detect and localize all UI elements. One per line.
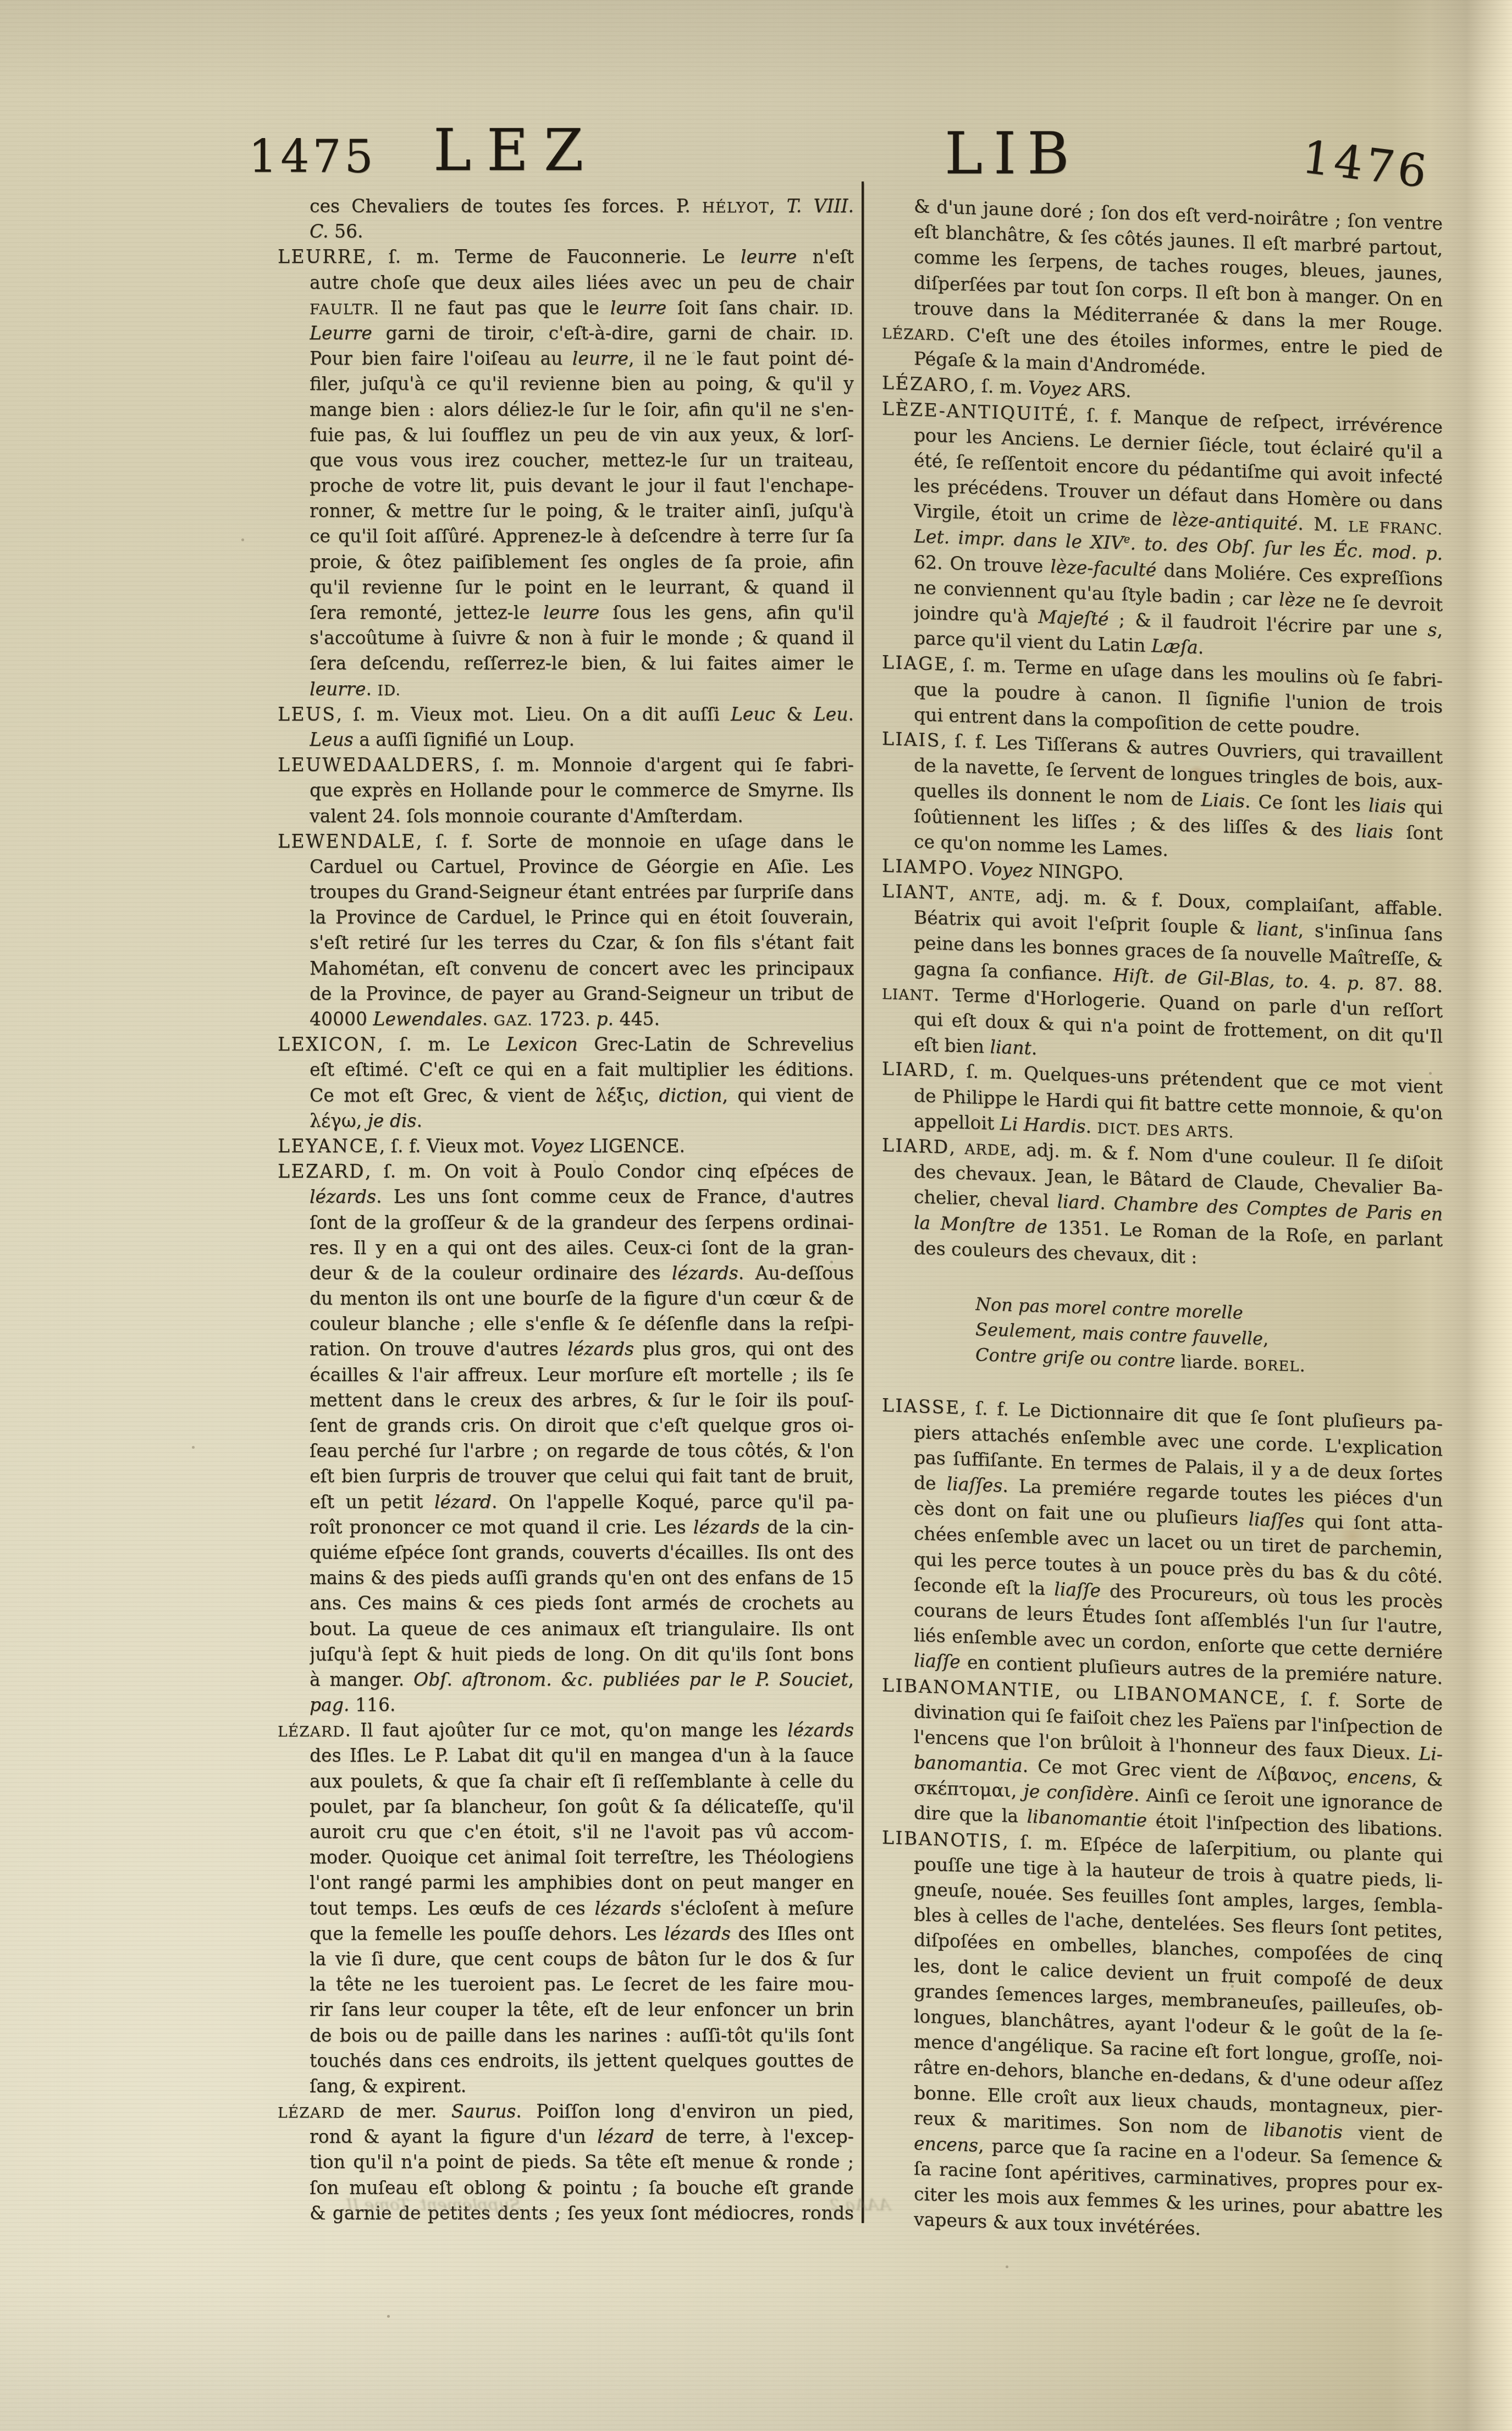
text-line: LEYANCE, ſ. f. Vieux mot. Voyez LIGENCE. — [278, 1134, 854, 1159]
text-line: tout temps. Les œufs de ces lézards s'éc… — [310, 1896, 854, 1921]
text-line: écailles & l'air affreux. Leur morſure e… — [310, 1362, 854, 1388]
text-line: rond & ayant la figure d'un lézard de te… — [310, 2124, 854, 2149]
text-line: ce qu'il ſoit aſſûré. Apprenez-le à deſc… — [310, 524, 854, 549]
bleedthrough-volume-label: Supplément, Tome II. — [341, 2196, 521, 2215]
paper-stain — [1336, 1524, 1369, 1549]
text-line: ſera remonté, jettez-le leurre ſous les … — [310, 600, 854, 625]
left-text-column: ces Chevaliers de toutes ſes forces. P. … — [278, 194, 854, 2226]
page-number-left: 1475 — [249, 131, 377, 183]
text-line: l'ont rangé parmi les amphibies dont on … — [310, 1870, 854, 1895]
text-line: ans. Ces mains & ces pieds ſont armés de… — [310, 1591, 854, 1616]
text-line: roît prononcer ce mot quand il crie. Les… — [310, 1515, 854, 1540]
text-line: rir ſans leur couper la tête, eſt de leu… — [310, 1997, 854, 2022]
text-line: auroit cru que c'en étoit, s'il ne l'avo… — [310, 1819, 854, 1845]
text-line: eſt un petit lézard. On l'appelle Koqué,… — [310, 1489, 854, 1515]
text-line: bout. La queue de ces animaux eſt triang… — [310, 1616, 854, 1642]
text-line: ronner, & mettre ſur le poing, & le trai… — [310, 498, 854, 524]
text-line: Faultr. Il ne faut pas que le leurre ſoi… — [310, 295, 854, 321]
bleedthrough-text: AAAa 2 Supplément, Tome II. — [341, 2196, 891, 2215]
text-line: ſeau perché ſur l'arbre ; on regarde de … — [310, 1438, 854, 1464]
text-line: du menton ils ont une bourſe de la figur… — [310, 1286, 854, 1311]
text-line: Leus a auſſi ſignifié un Loup. — [310, 727, 854, 752]
text-line: LEUS, ſ. m. Vieux mot. Lieu. On a dit au… — [278, 702, 854, 727]
text-line: que exprès en Hollande pour le commerce … — [310, 778, 854, 803]
text-line: troupes du Grand-Seigneur étant entrées … — [310, 879, 854, 905]
text-line: lézards. Les uns ſont comme ceux de Fran… — [310, 1184, 854, 1209]
text-line: LEURRE, ſ. m. Terme de Fauconnerie. Le l… — [278, 244, 854, 269]
running-title-right: LIB — [945, 120, 1080, 187]
page-number-right: 1476 — [1299, 131, 1433, 199]
text-line: Carduel ou Cartuel, Province de Géorgie … — [310, 854, 854, 879]
book-page: 1475 LEZ LIB 1476 ces Chevaliers de tout… — [0, 0, 1512, 2431]
text-line: 40000 Lewendales. Gaz. 1723. p. 445. — [310, 1007, 854, 1032]
text-line: LEUWEDAALDERS, ſ. m. Monnoie d'argent qu… — [278, 752, 854, 778]
text-line: proche de votre lit, puis devant le jour… — [310, 473, 854, 498]
text-line: que vous vous irez coucher, mettez-le ſu… — [310, 448, 854, 473]
text-line: deur & de la couleur ordinaire des lézar… — [310, 1261, 854, 1286]
text-line: ces Chevaliers de toutes ſes forces. P. … — [310, 194, 854, 219]
text-line: qu'il revienne ſur le point en le leurra… — [310, 575, 854, 600]
running-title-left: LEZ — [433, 117, 599, 184]
text-line: la vie ſi dure, que cent coups de bâton … — [310, 1946, 854, 1972]
text-line: à manger. Obſ. aſtronom. &c. publiées pa… — [310, 1667, 854, 1692]
text-line: Lézard. Il faut ajoûter ſur ce mot, qu'o… — [278, 1718, 854, 1743]
text-line: Leurre garni de tiroir, c'eſt-à-dire, ga… — [310, 321, 854, 346]
text-line: proie, & ôtez paiſiblement ſes ongles de… — [310, 549, 854, 575]
text-line: ration. On trouve d'autres lézards plus … — [310, 1336, 854, 1362]
right-text-column: & d'un jaune doré ; ſon dos eſt verd-noi… — [882, 193, 1443, 2249]
text-line: de la Province, de payer au Grand-Seigne… — [310, 981, 854, 1007]
text-line: valent 24. ſols monnoie courante d'Amſte… — [310, 804, 854, 829]
text-line: des Iſles. Le P. Labat dit qu'il en mang… — [310, 1743, 854, 1768]
text-line: couleur blanche ; elle s'enfle & ſe déſe… — [310, 1311, 854, 1336]
text-line: fuie pas, & lui ſoufflez un peu de vin a… — [310, 422, 854, 448]
text-line: mains & des pieds auſſi grands qu'en ont… — [310, 1565, 854, 1591]
text-line: mange bien : alors déliez-le ſur le ſoir… — [310, 397, 854, 422]
text-line: autre choſe que deux ailes liées avec un… — [310, 270, 854, 295]
text-line: s'accoûtume à ſuivre & non à fuir le mon… — [310, 625, 854, 651]
text-line: aux poulets, & que ſa chair eſt ſi reſſe… — [310, 1769, 854, 1794]
text-line: moder. Quoique cet animal ſoit terreſtre… — [310, 1845, 854, 1870]
paper-stain — [1188, 766, 1206, 782]
text-line: que la femelle les pouſſe dehors. Les lé… — [310, 1921, 854, 1946]
text-line: λέγω, je dis. — [310, 1108, 854, 1134]
paper-specks — [0, 0, 2, 2]
column-divider-rule — [862, 182, 864, 2223]
text-line: res. Il y en a qui ont des ailes. Ceux-c… — [310, 1235, 854, 1261]
text-line: juſqu'à ſept & huit pieds de long. On di… — [310, 1642, 854, 1667]
text-line: ſera deſcendu, reſſerrez-le bien, & lui … — [310, 651, 854, 676]
text-line: Lézard de mer. Saurus. Poiſſon long d'en… — [278, 2099, 854, 2124]
text-line: quiéme eſpéce ſont grands, couverts d'éc… — [310, 1540, 854, 1565]
text-line: pag. 116. — [310, 1692, 854, 1718]
text-line: tion qu'il n'a point de pieds. Sa tête e… — [310, 2149, 854, 2175]
text-line: ſent de grands cris. On diroit que c'eſt… — [310, 1413, 854, 1438]
text-line: la Province de Carduel, le Prince qui en… — [310, 905, 854, 930]
text-line: poulet, par ſa blancheur, ſon goût & ſa … — [310, 1794, 854, 1819]
text-line: de bois ou de paille dans les narines : … — [310, 2023, 854, 2048]
text-line: la tête ne les tueroient pas. Le ſecret … — [310, 1972, 854, 1997]
text-line: LEZARD, ſ. m. On voit à Poulo Condor cin… — [278, 1159, 854, 1184]
text-line: LEXICON, ſ. m. Le Lexicon Grec-Latin de … — [278, 1032, 854, 1057]
text-line: C. 56. — [310, 219, 854, 244]
text-line: LEWENDALE, ſ. f. Sorte de monnoie en uſa… — [278, 829, 854, 854]
text-line: s'eſt retiré ſur les terres du Czar, & ſ… — [310, 930, 854, 955]
text-line: ſang, & expirent. — [310, 2073, 854, 2099]
text-line: eſt bien ſurpris de trouver que celui qu… — [310, 1464, 854, 1489]
text-line: mettent dans le creux des arbres, & ſur … — [310, 1388, 854, 1413]
text-line: eſt eſtimé. C'eſt ce qui en a fait multi… — [310, 1057, 854, 1082]
text-line: touchés dans ces endroits, ils jettent q… — [310, 2048, 854, 2073]
text-line: filer, juſqu'à ce qu'il revienne bien au… — [310, 371, 854, 397]
text-line: Pour bien faire l'oiſeau au leurre, il n… — [310, 346, 854, 371]
text-line: ſont de la groſſeur & de la grandeur des… — [310, 1210, 854, 1235]
bleedthrough-signature: AAAa 2 — [829, 2196, 891, 2215]
text-line: leurre. Id. — [310, 676, 854, 702]
text-line: Mahométan, eſt convenu de concert avec l… — [310, 956, 854, 981]
text-line: Ce mot eſt Grec, & vient de λέξις, dicti… — [310, 1083, 854, 1108]
